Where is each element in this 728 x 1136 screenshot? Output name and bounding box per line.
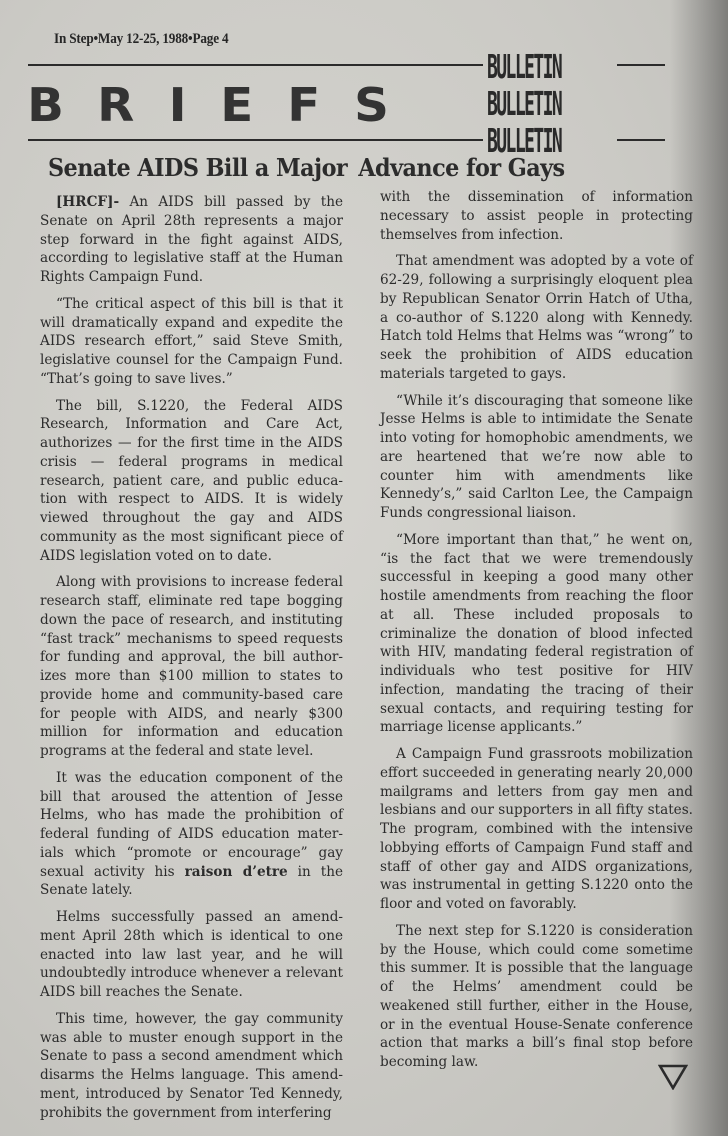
bulletin-label-1: BULLETIN: [487, 48, 565, 85]
emphasis-raison-detre: raison d’etre: [185, 864, 288, 880]
paragraph: A Campaign Fund grassroots mobiliza­tion…: [380, 745, 693, 914]
dateline-source: [HRCF]-: [56, 194, 119, 210]
paragraph-continued: with the dissemination of information ne…: [380, 188, 693, 244]
paragraph: Helms successfully passed an amend­ment …: [40, 908, 343, 1002]
paragraph: That amendment was adopted by a vote of …: [380, 252, 693, 383]
article-column-right: with the dissemination of information ne…: [380, 188, 693, 1080]
paragraph: “While it’s discouraging that someone li…: [380, 392, 693, 523]
end-of-story-triangle-icon: [658, 1064, 688, 1090]
briefs-letter: I: [169, 78, 187, 132]
briefs-letter: B: [27, 78, 64, 132]
briefs-letter: E: [221, 78, 254, 132]
top-rule-left: [28, 64, 483, 66]
briefs-letter: F: [287, 78, 320, 132]
paragraph: The next step for S.1220 is consideratio…: [380, 922, 693, 1072]
top-rule-right: [617, 64, 665, 66]
briefs-letter: R: [97, 78, 134, 132]
article-column-left: [HRCF]- An AIDS bill passed by the Senat…: [40, 193, 343, 1130]
article-headline: Senate AIDS Bill a MajorAdvance for Gays: [48, 153, 625, 182]
paragraph: It was the education component of the bi…: [40, 769, 343, 900]
paragraph: The bill, S.1220, the Federal AIDS Resea…: [40, 397, 343, 566]
paragraph: “The critical aspect of this bill is tha…: [40, 295, 343, 389]
paragraph: [HRCF]- An AIDS bill passed by the Senat…: [40, 193, 343, 287]
paragraph: Along with provisions to increase federa…: [40, 573, 343, 761]
bottom-rule-left: [28, 139, 483, 141]
paragraph: “More important than that,” he went on, …: [380, 531, 693, 737]
section-title-briefs: B R I E F S: [28, 78, 388, 132]
briefs-letter: S: [354, 78, 389, 132]
bottom-rule-right: [617, 139, 665, 141]
headline-part-1: Senate AIDS Bill a Major: [48, 153, 347, 182]
bulletin-label-2: BULLETIN: [487, 85, 565, 122]
paragraph: This time, however, the gay community wa…: [40, 1010, 343, 1123]
running-head: In Step•May 12-25, 1988•Page 4: [54, 31, 228, 48]
headline-part-2: Advance for Gays: [358, 153, 564, 182]
